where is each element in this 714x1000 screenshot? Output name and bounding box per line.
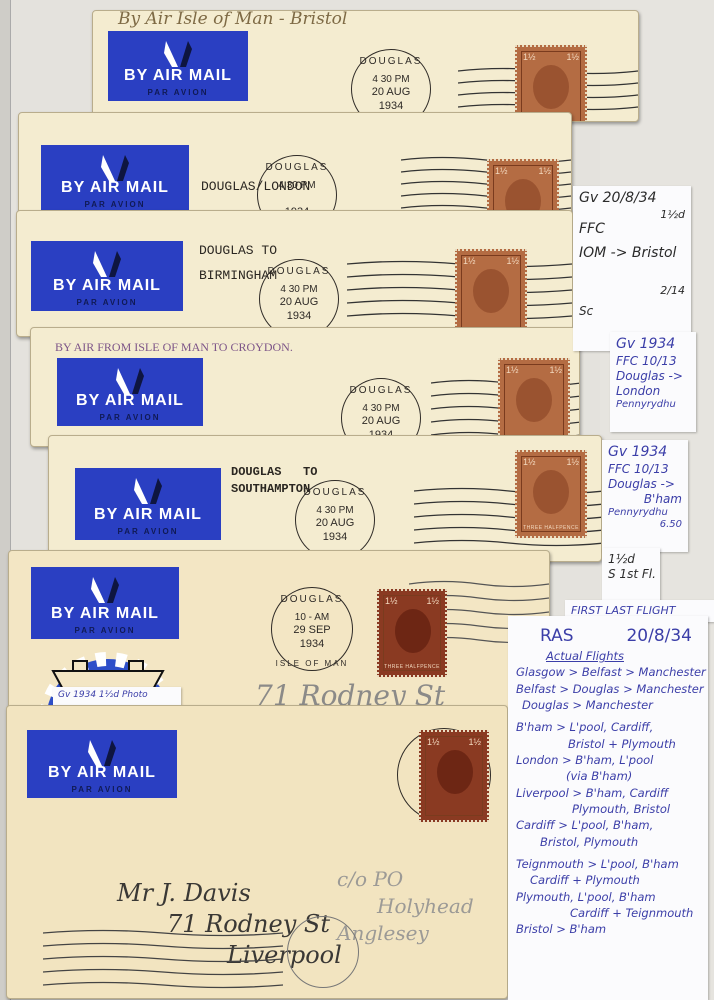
small-photo-note: Gv 1934 1½d Photo <box>53 687 181 707</box>
postage-stamp: 1½1½ <box>419 730 489 822</box>
airmail-label: BY AIR MAIL PAR AVION <box>31 567 179 639</box>
airmail-label: BY AIR MAIL PAR AVION <box>108 31 248 101</box>
wing-icon <box>128 476 168 506</box>
cover-2[interactable]: BY AIR MAIL PAR AVION DOUGLAS/LONDON DOU… <box>18 112 572 219</box>
label-main-text: BY AIR MAIL <box>57 392 203 410</box>
album-note-ras: RAS 20/8/34 Actual Flights Glasgow > Bel… <box>508 616 708 1000</box>
wing-icon <box>85 575 125 605</box>
label-main-text: BY AIR MAIL <box>108 67 248 85</box>
label-main-text: BY AIR MAIL <box>75 506 221 524</box>
postmark: DOUGLAS 4 30 PM 20 AUG 1934 <box>295 480 375 560</box>
wavy-cancel <box>43 928 283 998</box>
label-main-text: BY AIR MAIL <box>27 764 177 782</box>
album-note-3: Gv 1934 FFC 10/13 Douglas -> B'ham Penny… <box>602 440 688 552</box>
postage-stamp: 1½1½ <box>498 358 570 446</box>
album-note-1: Gv 20/8/34 1½d FFC IOM -> Bristol 2/14 S… <box>573 186 691 351</box>
postmark: DOUGLAS 10 - AM 29 SEP 1934 ISLE OF MAN <box>271 587 353 671</box>
wing-icon <box>87 249 127 279</box>
airmail-label: BY AIR MAIL PAR AVION <box>31 241 183 311</box>
redirect-address: c/o PO Holyhead Anglesey <box>337 866 474 947</box>
ras-subtitle: Actual Flights <box>546 648 700 664</box>
postmark: DOUGLAS 4 30 PM 20 AUG 1934 <box>259 259 339 337</box>
cover-5[interactable]: BY AIR MAIL PAR AVION DOUGLAS TOSOUTHAMP… <box>48 435 602 562</box>
airmail-label: BY AIR MAIL PAR AVION <box>41 145 189 213</box>
cover-4[interactable]: BY AIR FROM ISLE OF MAN TO CROYDON. BY A… <box>30 327 580 447</box>
airmail-label: BY AIR MAIL PAR AVION <box>75 468 221 540</box>
label-sub-text: PAR AVION <box>31 298 183 307</box>
label-sub-text: PAR AVION <box>108 88 248 97</box>
airmail-label: BY AIR MAIL PAR AVION <box>57 358 203 426</box>
cover-7[interactable]: BY AIR MAIL PAR AVION COWES 1½1½ Mr J. D… <box>6 705 508 999</box>
album-note-2: Gv 1934 FFC 10/13 Douglas -> London Penn… <box>610 332 696 432</box>
label-sub-text: PAR AVION <box>57 413 203 422</box>
label-sub-text: PAR AVION <box>75 527 221 536</box>
cover-3[interactable]: BY AIR MAIL PAR AVION DOUGLAS TOBIRMINGH… <box>16 210 573 337</box>
arrival-postmark <box>287 916 359 988</box>
ras-heading: RAS <box>540 624 574 648</box>
manuscript-header: By Air Isle of Man - Bristol <box>118 10 347 29</box>
wing-icon <box>158 39 198 69</box>
label-main-text: BY AIR MAIL <box>41 179 189 197</box>
ras-date: 20/8/34 <box>626 624 692 648</box>
route-cachet: BY AIR FROM ISLE OF MAN TO CROYDON. <box>55 336 293 359</box>
postage-stamp: 1½1½ THREE HALFPENCE <box>515 450 587 538</box>
cover-6[interactable]: BY AIR MAIL PAR AVION Gv 1934 1½d Photo … <box>8 550 550 720</box>
album-note-4: 1½d S 1st Fl. <box>602 548 660 604</box>
label-sub-text: PAR AVION <box>41 200 189 209</box>
postage-stamp: 1½1½ THREE HALFPENCE <box>377 589 447 677</box>
label-sub-text: PAR AVION <box>27 785 177 794</box>
label-sub-text: PAR AVION <box>31 626 179 635</box>
postage-stamp: 1½1½ <box>455 249 527 337</box>
label-main-text: BY AIR MAIL <box>31 277 183 295</box>
airmail-label: BY AIR MAIL PAR AVION <box>27 730 177 798</box>
cover-1[interactable]: By Air Isle of Man - Bristol BY AIR MAIL… <box>92 10 639 122</box>
postage-stamp: 1½1½ <box>515 45 587 122</box>
label-main-text: BY AIR MAIL <box>31 605 179 623</box>
